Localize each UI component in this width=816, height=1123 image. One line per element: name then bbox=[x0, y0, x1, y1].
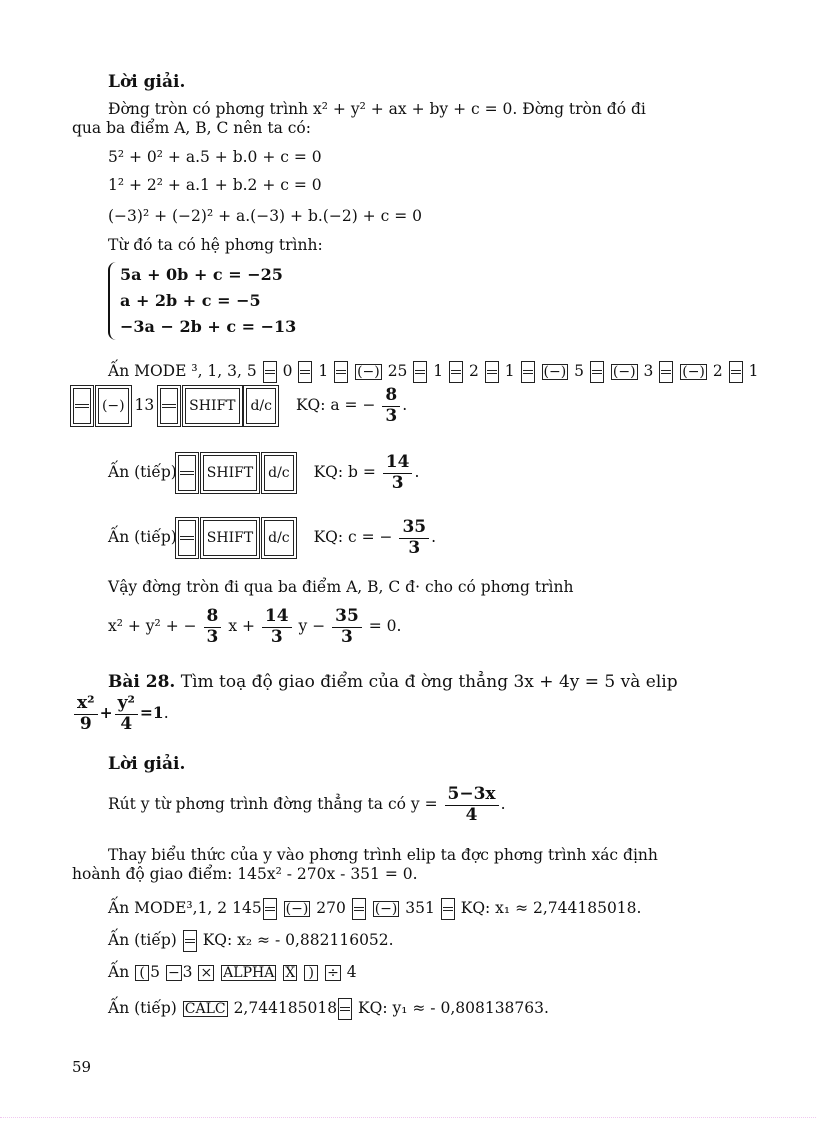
equals-key bbox=[338, 998, 352, 1020]
eq-term: = 0. bbox=[369, 617, 402, 635]
result-c-fraction: 35 3 bbox=[399, 518, 429, 558]
fraction: 353 bbox=[332, 607, 362, 647]
digit: 3 bbox=[183, 963, 193, 981]
digit: 1 bbox=[505, 362, 515, 380]
digit: 4 bbox=[347, 963, 357, 981]
denominator: 3 bbox=[207, 628, 219, 648]
keyseq-1-line-2: (−) 13 SHIFT d/c KQ: a = − 8 3 . bbox=[72, 386, 407, 426]
multiply-key: × bbox=[198, 965, 214, 982]
calc-key: CALC bbox=[183, 1001, 228, 1018]
numerator: 14 bbox=[262, 607, 292, 628]
system-row-3: −3a − 2b + c = −13 bbox=[120, 314, 296, 340]
negative-key: (−) bbox=[611, 364, 638, 381]
result-y1: KQ: y₁ ≈ - 0,808138763. bbox=[358, 999, 549, 1017]
x-key: X bbox=[283, 965, 297, 982]
eq-term: y − bbox=[299, 617, 326, 635]
result-c-label: KQ: c = − bbox=[314, 528, 393, 546]
equals-key bbox=[73, 388, 91, 424]
calc-prefix: Ấn (tiếp) bbox=[108, 931, 177, 949]
negative-key: (−) bbox=[680, 364, 707, 381]
result-a-fraction: 8 3 bbox=[382, 386, 400, 426]
result-x2: KQ: x₂ ≈ - 0,882116052. bbox=[203, 931, 394, 949]
equals-key bbox=[160, 388, 178, 424]
numerator: x² bbox=[74, 694, 98, 715]
negative-key: (−) bbox=[542, 364, 569, 381]
page-bottom-rule bbox=[0, 1117, 816, 1118]
shift-key: SHIFT bbox=[185, 388, 239, 424]
denominator: 4 bbox=[466, 806, 478, 826]
value: 351 bbox=[405, 899, 435, 917]
denominator: 3 bbox=[392, 474, 404, 494]
digit: 1 bbox=[318, 362, 328, 380]
digit: 5 bbox=[574, 362, 584, 380]
equation-2: 1² + 2² + a.1 + b.2 + c = 0 bbox=[108, 176, 322, 195]
open-paren-key: ( bbox=[135, 965, 149, 982]
equation-1: 5² + 0² + a.5 + b.0 + c = 0 bbox=[108, 148, 322, 167]
calc-line-4: Ấn (tiếp) CALC 2,744185018 KQ: y₁ ≈ - 0,… bbox=[108, 998, 549, 1020]
fraction-key: d/c bbox=[264, 520, 294, 556]
denominator: 9 bbox=[80, 715, 92, 735]
keyseq-3: Ấn (tiếp) SHIFT d/c KQ: c = − 35 3 . bbox=[108, 518, 436, 558]
equals-key bbox=[334, 361, 348, 383]
keyseq-2: Ấn (tiếp) SHIFT d/c KQ: b = 14 3 . bbox=[108, 453, 419, 493]
denominator: 3 bbox=[408, 539, 420, 559]
fraction: y²4 bbox=[115, 694, 138, 734]
keyseq-1-prefix: Ấn MODE ³, 1, 3, 5 bbox=[108, 362, 257, 380]
value: 2,744185018 bbox=[234, 999, 338, 1017]
keyseq-2-prefix: Ấn (tiếp) bbox=[108, 463, 177, 481]
divide-key: ÷ bbox=[325, 965, 341, 982]
calc-line-2: Ấn (tiếp) KQ: x₂ ≈ - 0,882116052. bbox=[108, 930, 394, 952]
keyseq-1-line-1: Ấn MODE ³, 1, 3, 5 0 1 (−) 25 1 2 1 (−) … bbox=[108, 361, 758, 383]
equals-key bbox=[298, 361, 312, 383]
digit: 2 bbox=[713, 362, 723, 380]
intro-line-2: qua ba điểm A, B, C nên ta có: bbox=[72, 119, 311, 138]
digit: 1 bbox=[749, 362, 759, 380]
solve-y-line: Rút y từ phơng trình đờng thẳng ta có y … bbox=[108, 785, 506, 825]
equation-system: 5a + 0b + c = −25 a + 2b + c = −5 −3a − … bbox=[108, 262, 284, 340]
fraction: 143 bbox=[262, 607, 292, 647]
equation-3: (−3)² + (−2)² + a.(−3) + b.(−2) + c = 0 bbox=[108, 207, 422, 226]
problem-text: Tìm toạ độ giao điểm của đ ờng thẳng 3x … bbox=[181, 672, 678, 692]
equals-key bbox=[485, 361, 499, 383]
equals-key bbox=[659, 361, 673, 383]
ellipse-equation: x²9+y²4=1. bbox=[72, 694, 169, 734]
negative-key: (−) bbox=[355, 364, 382, 381]
system-row-1: 5a + 0b + c = −25 bbox=[120, 262, 296, 288]
fraction: x²9 bbox=[74, 694, 98, 734]
equals-key bbox=[263, 898, 277, 920]
equals-key bbox=[449, 361, 463, 383]
denominator: 3 bbox=[385, 407, 397, 427]
page-number: 59 bbox=[72, 1058, 91, 1076]
digit: 2 bbox=[469, 362, 479, 380]
equals-key bbox=[178, 520, 196, 556]
equals-key bbox=[590, 361, 604, 383]
system-intro: Từ đó ta có hệ phơng trình: bbox=[108, 236, 323, 255]
plus: + bbox=[100, 703, 113, 722]
eq-term: x + bbox=[228, 617, 255, 635]
result-x1: KQ: x₁ ≈ 2,744185018. bbox=[461, 899, 642, 917]
calc-prefix: Ấn MODE³,1, 2 bbox=[108, 899, 227, 917]
denominator: 4 bbox=[120, 715, 132, 735]
digit: 5 bbox=[150, 963, 160, 981]
equals-key bbox=[183, 930, 197, 952]
result-b-label: KQ: b = bbox=[314, 463, 376, 481]
fraction: 83 bbox=[204, 607, 222, 647]
solve-y-text: Rút y từ phơng trình đờng thẳng ta có y … bbox=[108, 795, 438, 813]
equals-key bbox=[441, 898, 455, 920]
equals-key bbox=[263, 361, 277, 383]
keyseq-3-prefix: Ấn (tiếp) bbox=[108, 528, 177, 546]
solution-heading: Lời giải. bbox=[108, 72, 185, 92]
minus-key: − bbox=[166, 965, 182, 982]
digit: 25 bbox=[388, 362, 408, 380]
equals-key bbox=[178, 455, 196, 491]
numerator: 35 bbox=[399, 518, 429, 539]
calc-prefix: Ấn (tiếp) bbox=[108, 999, 177, 1017]
result-b-fraction: 14 3 bbox=[383, 453, 413, 493]
substitute-line-1: Thay biểu thức của y vào phơng trình eli… bbox=[108, 846, 658, 865]
problem-label: Bài 28. bbox=[108, 672, 175, 692]
fraction-key: d/c bbox=[246, 388, 276, 424]
digit: 3 bbox=[643, 362, 653, 380]
numerator: 5−3x bbox=[445, 785, 499, 806]
fraction-key: d/c bbox=[264, 455, 294, 491]
negative-key: (−) bbox=[284, 901, 311, 918]
denominator: 3 bbox=[271, 628, 283, 648]
denominator: 3 bbox=[341, 628, 353, 648]
document-page: Lời giải. Đờng tròn có phơng trình x² + … bbox=[0, 0, 816, 1123]
shift-key: SHIFT bbox=[203, 520, 257, 556]
numerator: y² bbox=[115, 694, 138, 715]
digit: 1 bbox=[433, 362, 443, 380]
eq-lead: x² + y² + − bbox=[108, 617, 197, 635]
equals-key bbox=[413, 361, 427, 383]
calc-prefix: Ấn bbox=[108, 963, 129, 981]
calc-line-3: Ấn (5 −3 × ALPHA X ) ÷ 4 bbox=[108, 963, 357, 982]
result-a-label: KQ: a = − bbox=[296, 396, 376, 414]
digit: 0 bbox=[283, 362, 293, 380]
equals-key bbox=[352, 898, 366, 920]
substitute-line-2: hoành độ giao điểm: 145x² - 270x - 351 =… bbox=[72, 865, 418, 884]
negative-key: (−) bbox=[373, 901, 400, 918]
numerator: 8 bbox=[382, 386, 400, 407]
value: 145 bbox=[232, 899, 262, 917]
numerator: 8 bbox=[204, 607, 222, 628]
intro-line-1: Đờng tròn có phơng trình x² + y² + ax + … bbox=[108, 100, 646, 119]
equals-key bbox=[521, 361, 535, 383]
fraction: 5−3x4 bbox=[445, 785, 499, 825]
final-equation: x² + y² + − 83 x + 143 y − 353 = 0. bbox=[108, 607, 401, 647]
solution-heading-2: Lời giải. bbox=[108, 754, 185, 774]
calc-line-1: Ấn MODE³,1, 2 145 (−) 270 (−) 351 KQ: x₁… bbox=[108, 898, 641, 920]
value: 270 bbox=[316, 899, 346, 917]
numerator: 14 bbox=[383, 453, 413, 474]
numerator: 35 bbox=[332, 607, 362, 628]
conclusion-text: Vậy đờng tròn đi qua ba điểm A, B, C đ· … bbox=[108, 578, 573, 597]
shift-key: SHIFT bbox=[203, 455, 257, 491]
digit: 13 bbox=[135, 396, 155, 414]
negative-key: (−) bbox=[98, 388, 129, 424]
left-brace bbox=[108, 262, 120, 340]
problem-28: Bài 28. Tìm toạ độ giao điểm của đ ờng t… bbox=[108, 672, 678, 692]
rhs: =1 bbox=[140, 703, 164, 722]
system-row-2: a + 2b + c = −5 bbox=[120, 288, 296, 314]
alpha-key: ALPHA bbox=[221, 965, 276, 982]
close-paren-key: ) bbox=[304, 965, 318, 982]
period: . bbox=[164, 704, 169, 722]
equals-key bbox=[729, 361, 743, 383]
